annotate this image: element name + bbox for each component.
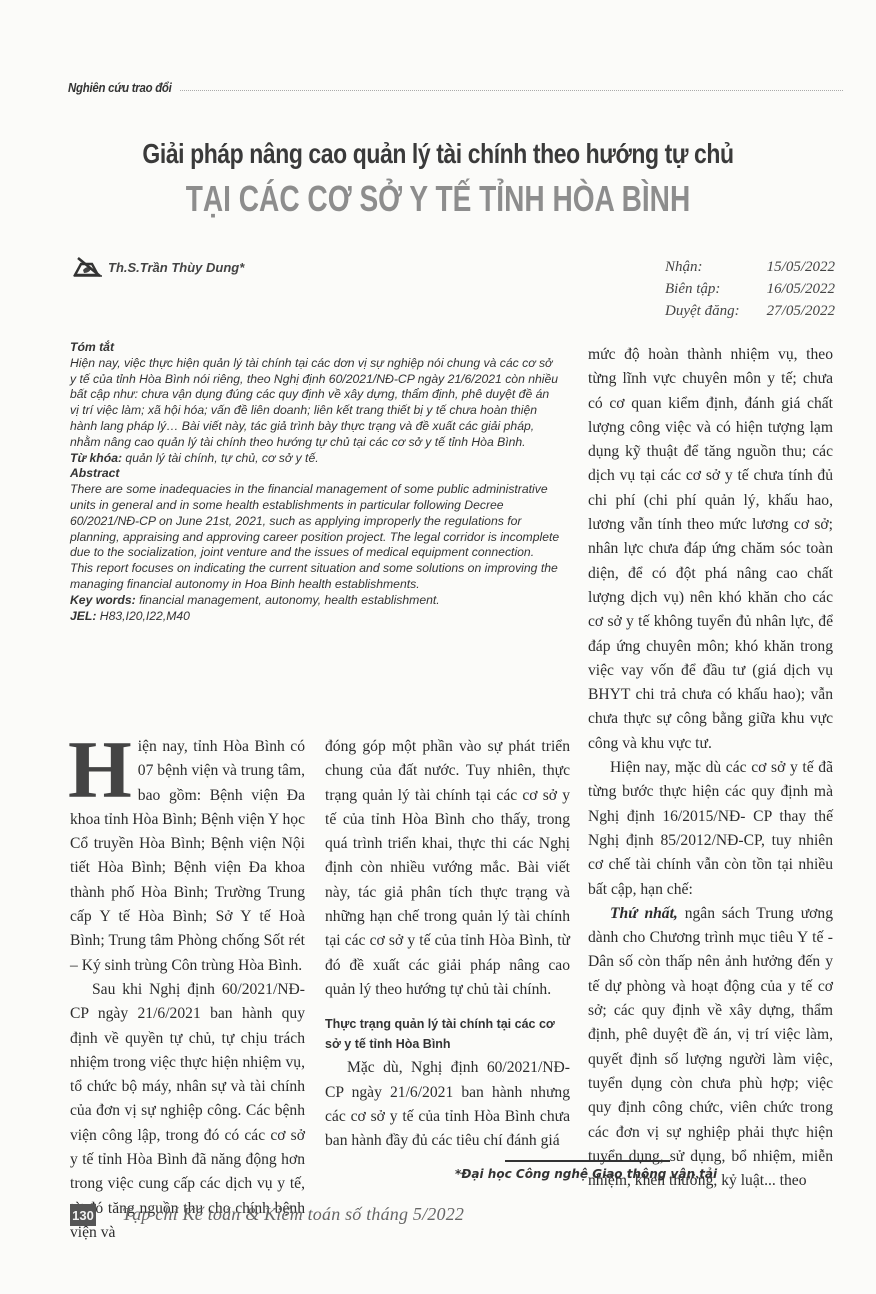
date-value: 15/05/2022 — [767, 256, 835, 278]
abstract-heading: Abstract — [70, 466, 560, 482]
date-label: Nhận: — [665, 256, 703, 278]
keywords-value: financial management, autonomy, health e… — [136, 593, 440, 607]
paragraph-lead: Thứ nhất, — [610, 905, 678, 922]
date-value: 27/05/2022 — [767, 300, 835, 322]
dotted-rule — [180, 89, 843, 91]
paragraph: mức độ hoàn thành nhiệm vụ, theo từng lĩ… — [588, 343, 833, 756]
jel-codes: JEL: H83,I20,I22,M40 — [70, 609, 560, 625]
body-column-3: mức độ hoàn thành nhiệm vụ, theo từng lĩ… — [588, 343, 833, 1193]
date-info: Nhận: 15/05/2022 Biên tập: 16/05/2022 Du… — [665, 256, 835, 322]
date-approved: Duyệt đăng: 27/05/2022 — [665, 300, 835, 322]
abstract-text: There are some inadequacies in the finan… — [70, 482, 560, 593]
author-name: Th.S.Trần Thùy Dung* — [108, 260, 244, 275]
body-column-2: đóng góp một phần vào sự phát triển chun… — [325, 735, 570, 1153]
article-title-line2: TẠI CÁC CƠ SỞ Y TẾ TỈNH HÒA BÌNH — [96, 178, 779, 220]
summary-text: Hiện nay, việc thực hiện quản lý tài chí… — [70, 356, 560, 451]
paragraph-text: ngân sách Trung ương dành cho Chương trì… — [588, 905, 833, 1189]
summary-keywords: Từ khóa: quản lý tài chính, tự chủ, cơ s… — [70, 451, 560, 467]
jel-value: H83,I20,I22,M40 — [96, 609, 190, 623]
date-received: Nhận: 15/05/2022 — [665, 256, 835, 278]
date-label: Duyệt đăng: — [665, 300, 740, 322]
abstract-keywords: Key words: financial management, autonom… — [70, 593, 560, 609]
author-affiliation-footnote: *Đại học Công nghệ Giao thông vận tải — [455, 1167, 717, 1181]
paragraph: đóng góp một phần vào sự phát triển chun… — [325, 735, 570, 1002]
keywords-label: Key words: — [70, 593, 136, 607]
paragraph: Thứ nhất, ngân sách Trung ương dành cho … — [588, 902, 833, 1194]
article-title-line1: Giải pháp nâng cao quản lý tài chính the… — [79, 138, 797, 170]
section-label: Nghiên cứu trao đổi — [68, 80, 172, 95]
summary-heading: Tóm tắt — [70, 340, 560, 356]
abstract-section: Tóm tắt Hiện nay, việc thực hiện quản lý… — [70, 340, 560, 624]
section-header: Nghiên cứu trao đổi — [68, 73, 843, 95]
paragraph: Mặc dù, Nghị định 60/2021/NĐ-CP ngày 21/… — [325, 1056, 570, 1153]
keywords-value: quản lý tài chính, tự chủ, cơ sở y tế. — [122, 451, 319, 465]
date-label: Biên tập: — [665, 278, 720, 300]
section-subheading: Thực trạng quản lý tài chính tại các cơ … — [325, 1014, 570, 1054]
journal-name: Tạp chí Kế toán & Kiểm toán số tháng 5/2… — [122, 1204, 464, 1225]
date-edited: Biên tập: 16/05/2022 — [665, 278, 835, 300]
keywords-label: Từ khóa: — [70, 451, 122, 465]
jel-label: JEL: — [70, 609, 96, 623]
paragraph: Hiện nay, mặc dù các cơ sở y tế đã từng … — [588, 756, 833, 902]
pen-icon — [72, 256, 106, 278]
page-number: 130 — [70, 1204, 96, 1226]
footnote-divider — [505, 1160, 670, 1162]
drop-cap: H — [68, 737, 132, 807]
date-value: 16/05/2022 — [767, 278, 835, 300]
body-column-1: H iện nay, tỉnh Hòa Bình có 07 bệnh viện… — [70, 735, 305, 1245]
author-byline: Th.S.Trần Thùy Dung* — [72, 256, 244, 278]
